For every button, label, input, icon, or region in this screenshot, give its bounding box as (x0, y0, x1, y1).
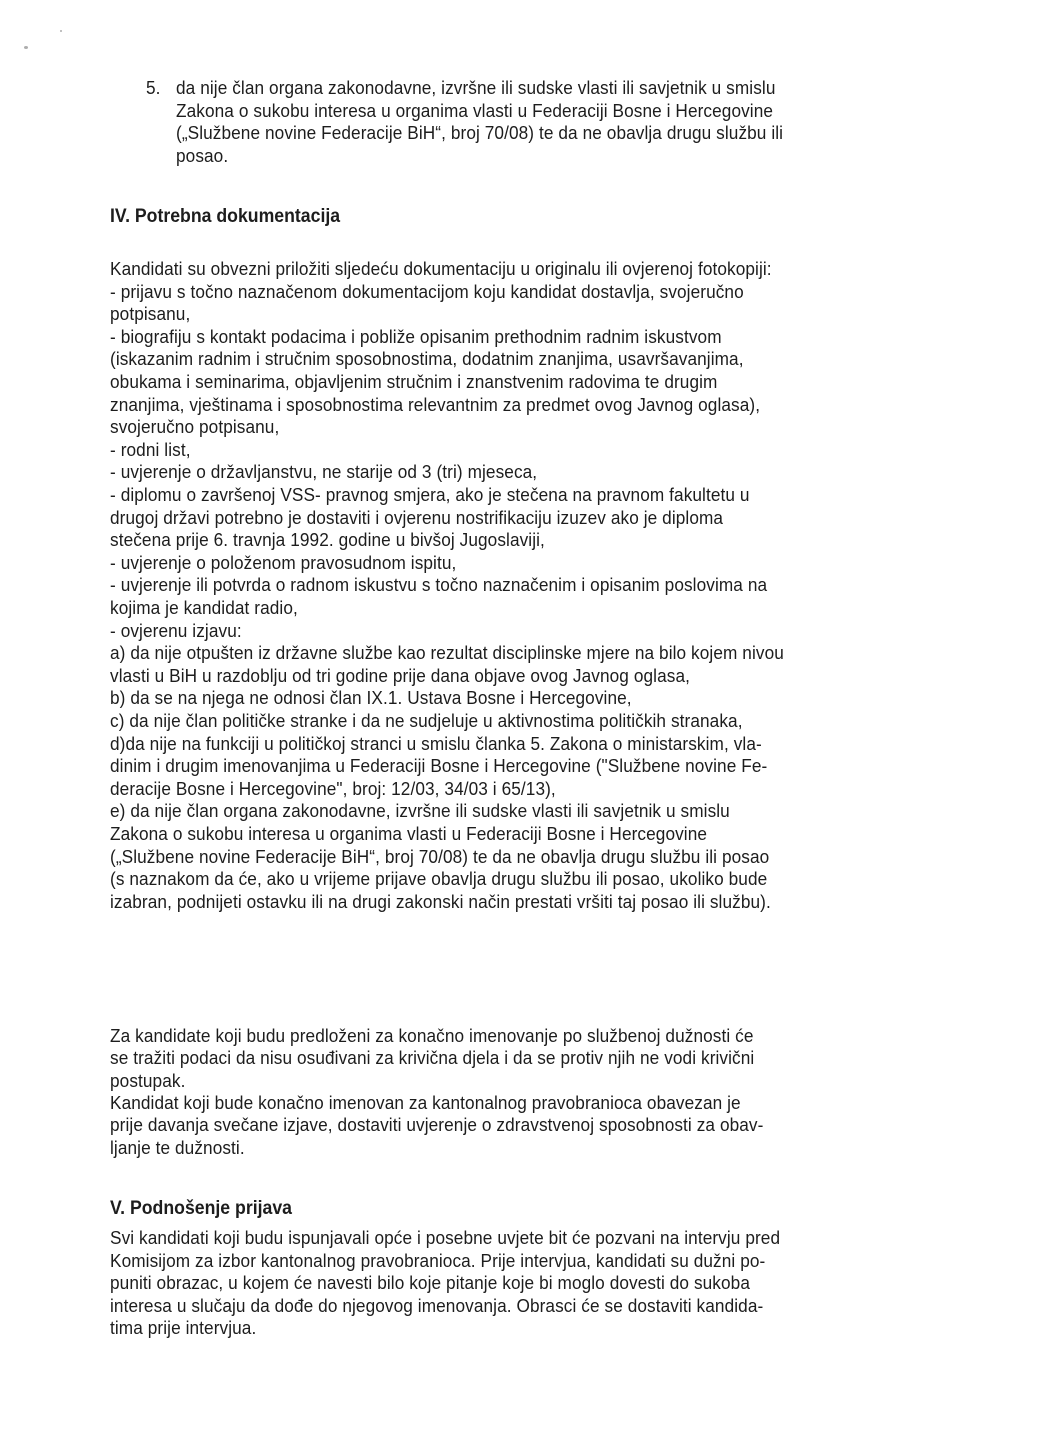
text-line: („Službene novine Federacije BiH“, broj … (110, 847, 769, 867)
text-line: - biografiju s kontakt podacima i pobliž… (110, 327, 722, 347)
text-line: ljanje te dužnosti. (110, 1138, 245, 1158)
text-line: svojeručno potpisanu, (110, 417, 279, 437)
text-line: deracije Bosne i Hercegovine", broj: 12/… (110, 779, 556, 799)
text-line: stečena prije 6. travnja 1992. godine u … (110, 530, 545, 550)
item-number: 5. (146, 78, 161, 98)
text-line: Zakona o sukobu interesa u organima vlas… (176, 101, 773, 121)
text-line: - diplomu o završenoj VSS- pravnog smjer… (110, 485, 750, 505)
text-line: (iskazanim radnim i stručnim sposobnosti… (110, 349, 744, 369)
text-line: postupak. (110, 1071, 185, 1091)
text-line: drugoj državi potrebno je dostaviti i ov… (110, 508, 723, 528)
text-line: - uvjerenje ili potvrda o radnom iskustv… (110, 575, 767, 595)
text-line: (s naznakom da će, ako u vrijeme prijave… (110, 869, 767, 889)
text-line: c) da nije član političke stranke i da n… (110, 711, 743, 731)
text-line: potpisanu, (110, 304, 190, 324)
text-line: („Službene novine Federacije BiH“, broj … (176, 123, 783, 143)
section-heading-v: V. Podnošenje prijava (110, 1198, 292, 1220)
text-line: interesa u slučaju da dođe do njegovog i… (110, 1296, 763, 1316)
text-line: posao. (176, 146, 228, 166)
text-line: obukama i seminarima, objavljenim stručn… (110, 372, 717, 392)
text-line: dinim i drugim imenovanjima u Federaciji… (110, 756, 767, 776)
text-line: - uvjerenje o državljanstvu, ne starije … (110, 462, 537, 482)
text-line: Zakona o sukobu interesa u organima vlas… (110, 824, 707, 844)
scan-speck (60, 30, 62, 32)
text-line: izabran, podnijeti ostavku ili na drugi … (110, 892, 771, 912)
text-line: da nije član organa zakonodavne, izvršne… (176, 78, 775, 98)
section-heading-iv: IV. Potrebna dokumentacija (110, 206, 340, 228)
text-line: Kandidat koji bude konačno imenovan za k… (110, 1093, 741, 1113)
text-line: - ovjerenu izjavu: (110, 621, 242, 641)
text-line: se tražiti podaci da nisu osuđivani za k… (110, 1048, 754, 1068)
text-line: - prijavu s točno naznačenom dokumentaci… (110, 282, 744, 302)
text-line: Svi kandidati koji budu ispunjavali opće… (110, 1228, 780, 1248)
text-line: puniti obrazac, u kojem će navesti bilo … (110, 1273, 750, 1293)
text-line: a) da nije otpušten iz državne službe ka… (110, 643, 784, 663)
text-line: prije davanja svečane izjave, dostaviti … (110, 1115, 763, 1135)
text-line: kojima je kandidat radio, (110, 598, 298, 618)
text-line: e) da nije član organa zakonodavne, izvr… (110, 801, 730, 821)
text-line: vlasti u BiH u razdoblju od tri godine p… (110, 666, 690, 686)
text-line: b) da se na njega ne odnosi član IX.1. U… (110, 688, 632, 708)
text-line: Kandidati su obvezni priložiti sljedeću … (110, 259, 772, 279)
text-line: - uvjerenje o položenom pravosudnom ispi… (110, 553, 456, 573)
text-line: tima prije intervjua. (110, 1318, 256, 1338)
text-line: d)da nije na funkciji u političkoj stran… (110, 734, 762, 754)
scan-speck (24, 46, 28, 49)
text-line: Za kandidate koji budu predloženi za kon… (110, 1026, 753, 1046)
text-line: Komisijom za izbor kantonalnog pravobran… (110, 1251, 765, 1271)
text-line: znanjima, vještinama i sposobnostima rel… (110, 395, 760, 415)
text-line: - rodni list, (110, 440, 191, 460)
